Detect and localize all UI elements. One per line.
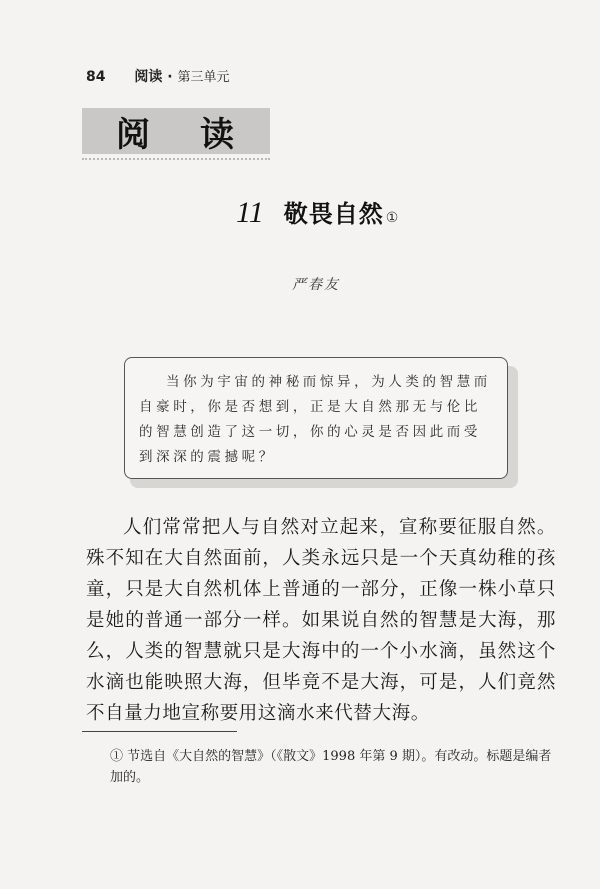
intro-text: 当你为宇宙的神秘而惊异，为人类的智慧而自豪时，你是否想到，正是大自然那无与伦比的… [139,370,493,470]
section-divider [82,158,270,160]
section-banner-char-1: 阅 [116,107,152,156]
running-head-unit: 第三单元 [177,70,229,85]
section-banner: 阅 读 [82,108,270,154]
running-head-separator: · [167,69,172,85]
page-number: 84 [86,69,105,85]
footnote: ① 节选自《大自然的智慧》（《散文》1998 年第 9 期）。有改动。标题是编者… [110,746,555,788]
footnote-divider [82,731,237,732]
section-banner-char-2: 读 [200,107,236,156]
footnote-marker: ① [386,210,399,226]
lesson-number: 11 [236,196,264,230]
intro-box: 当你为宇宙的神秘而惊异，为人类的智慧而自豪时，你是否想到，正是大自然那无与伦比的… [124,357,508,479]
lesson-title-text: 敬畏自然 [284,194,384,229]
body-text: 人们常常把人与自然对立起来，宣称要征服自然。殊不知在大自然面前，人类永远只是一个… [86,512,556,729]
running-head-section: 阅读 [134,69,162,85]
lesson-title: 11 敬畏自然 ① [236,194,398,230]
body-paragraph: 人们常常把人与自然对立起来，宣称要征服自然。殊不知在大自然面前，人类永远只是一个… [86,512,556,729]
running-head: 84 阅读 · 第三单元 [86,66,229,86]
author: 严春友 [292,274,340,294]
